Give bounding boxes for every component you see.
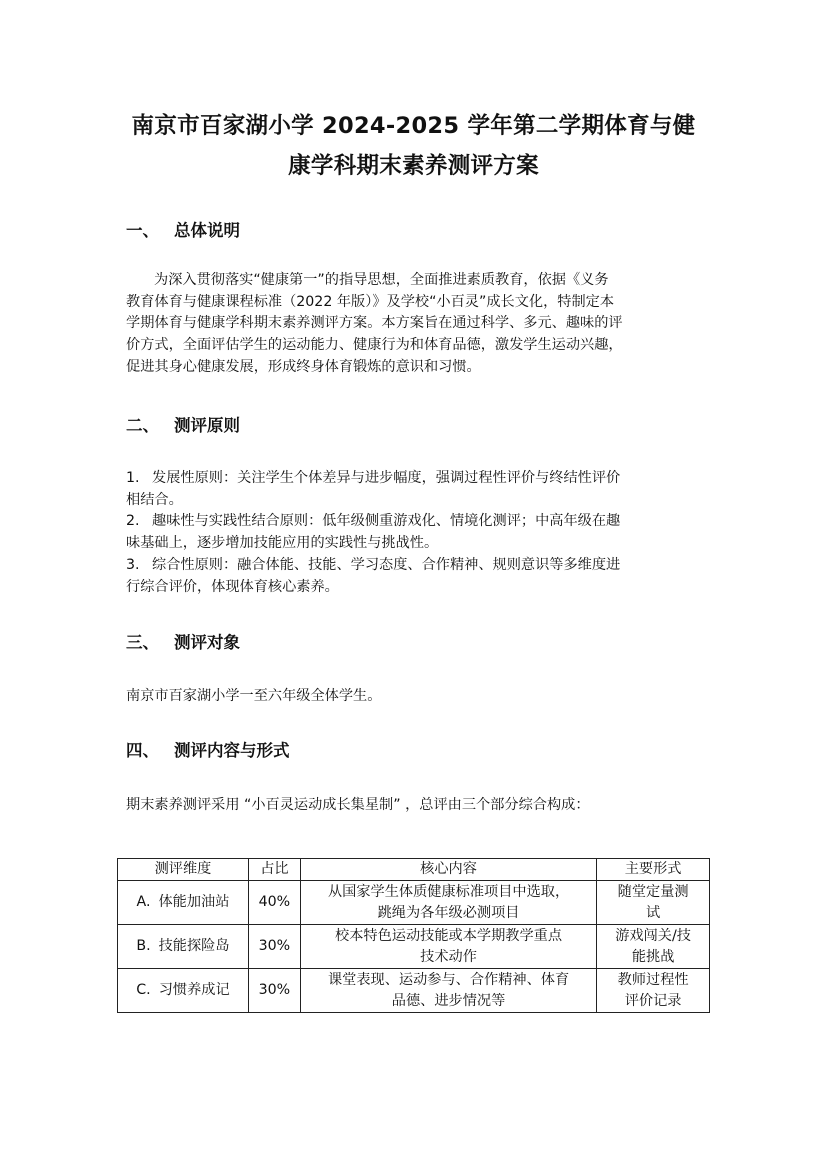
section-title: 总体说明 xyxy=(174,221,240,240)
paragraph-line: 价方式，全面评估学生的运动能力、健康行为和体育品德，激发学生运动兴趣， xyxy=(126,335,703,357)
targets-text: 南京市百家湖小学一至六年级全体学生。 xyxy=(126,686,703,708)
paragraph-line: 学期体育与健康学科期末素养测评方案。本方案旨在通过科学、多元、趣味的评 xyxy=(126,313,703,335)
cell-main-form: 教师过程性评价记录 xyxy=(597,969,710,1013)
dimension-name: 技能探险岛 xyxy=(159,938,230,954)
content-line: 从国家学生体质健康标准项目中选取， xyxy=(305,882,592,903)
form-line: 随堂定量测 xyxy=(601,882,705,903)
content-line: 技术动作 xyxy=(305,947,592,968)
item-number: 1. xyxy=(126,468,152,490)
paragraph-line: 促进其身心健康发展，形成终身体育锻炼的意识和习惯。 xyxy=(126,357,703,379)
cell-dimension: A.体能加油站 xyxy=(118,881,249,925)
paragraph-line: 教育体育与健康课程标准（2022 年版）》及学校“小百灵”成长文化，特制定本 xyxy=(126,292,703,314)
form-line: 教师过程性 xyxy=(601,970,705,991)
table-row: C.习惯养成记 30% 课堂表现、运动参与、合作精神、体育品德、进步情况等 教师… xyxy=(118,969,710,1013)
content-line: 校本特色运动技能或本学期教学重点 xyxy=(305,926,592,947)
header-dimension: 测评维度 xyxy=(118,859,249,881)
item-number: 2. xyxy=(126,511,152,533)
header-core-content: 核心内容 xyxy=(300,859,596,881)
dimension-letter: C. xyxy=(136,982,150,998)
dimension-letter: A. xyxy=(137,894,151,910)
content-form-intro: 期末素养测评采用 “小百灵运动成长集星制” ，总评由三个部分综合构成： xyxy=(126,795,703,817)
form-line: 试 xyxy=(601,903,705,924)
section-heading-principles: 二、测评原则 xyxy=(126,415,240,437)
section-number: 一、 xyxy=(126,220,174,242)
cell-core-content: 校本特色运动技能或本学期教学重点技术动作 xyxy=(300,925,596,969)
cell-ratio: 30% xyxy=(248,969,300,1013)
overview-paragraph: 为深入贯彻落实“健康第一”的指导思想，全面推进素质教育，依据《义务 教育体育与健… xyxy=(126,270,703,379)
item-text: 综合性原则：融合体能、技能、学习态度、合作精神、规则意识等多维度进 xyxy=(152,557,620,573)
section-title: 测评内容与形式 xyxy=(174,741,290,760)
section-number: 四、 xyxy=(126,740,174,762)
table-header-row: 测评维度 占比 核心内容 主要形式 xyxy=(118,859,710,881)
content-line: 品德、进步情况等 xyxy=(305,991,592,1012)
form-line: 评价记录 xyxy=(601,991,705,1012)
table-row: B.技能探险岛 30% 校本特色运动技能或本学期教学重点技术动作 游戏闯关/技能… xyxy=(118,925,710,969)
section-title: 测评对象 xyxy=(174,633,240,652)
item-text: 趣味性与实践性结合原则：低年级侧重游戏化、情境化测评；中高年级在趣 xyxy=(152,513,620,529)
dimension-name: 习惯养成记 xyxy=(159,982,230,998)
section-number: 三、 xyxy=(126,632,174,654)
item-number: 3. xyxy=(126,555,152,577)
cell-core-content: 从国家学生体质健康标准项目中选取，跳绳为各年级必测项目 xyxy=(300,881,596,925)
cell-ratio: 30% xyxy=(248,925,300,969)
document-title-line-1: 南京市百家湖小学 2024-2025 学年第二学期体育与健 xyxy=(100,104,727,148)
section-number: 二、 xyxy=(126,415,174,437)
principle-item-1: 1.发展性原则：关注学生个体差异与进步幅度，强调过程性评价与终结性评价 相结合。 xyxy=(126,468,703,511)
item-text: 发展性原则：关注学生个体差异与进步幅度，强调过程性评价与终结性评价 xyxy=(152,470,620,486)
principles-list: 1.发展性原则：关注学生个体差异与进步幅度，强调过程性评价与终结性评价 相结合。… xyxy=(126,468,703,598)
paragraph-line: 期末素养测评采用 “小百灵运动成长集星制” ，总评由三个部分综合构成： xyxy=(126,795,703,817)
form-line: 游戏闯关/技 xyxy=(601,926,705,947)
content-line: 跳绳为各年级必测项目 xyxy=(305,903,592,924)
form-line: 能挑战 xyxy=(601,947,705,968)
cell-ratio: 40% xyxy=(248,881,300,925)
content-line: 课堂表现、运动参与、合作精神、体育 xyxy=(305,970,592,991)
principle-item-3: 3.综合性原则：融合体能、技能、学习态度、合作精神、规则意识等多维度进 行综合评… xyxy=(126,555,703,598)
cell-core-content: 课堂表现、运动参与、合作精神、体育品德、进步情况等 xyxy=(300,969,596,1013)
cell-main-form: 随堂定量测试 xyxy=(597,881,710,925)
cell-main-form: 游戏闯关/技能挑战 xyxy=(597,925,710,969)
item-text-continued: 味基础上，逐步增加技能应用的实践性与挑战性。 xyxy=(126,533,703,555)
section-heading-content-form: 四、测评内容与形式 xyxy=(126,740,290,762)
item-text-continued: 相结合。 xyxy=(126,490,703,512)
dimension-name: 体能加油站 xyxy=(158,894,229,910)
document-page: 南京市百家湖小学 2024-2025 学年第二学期体育与健 康学科期末素养测评方… xyxy=(0,0,827,1170)
principle-item-2: 2.趣味性与实践性结合原则：低年级侧重游戏化、情境化测评；中高年级在趣 味基础上… xyxy=(126,511,703,554)
paragraph-line: 南京市百家湖小学一至六年级全体学生。 xyxy=(126,686,703,708)
header-main-form: 主要形式 xyxy=(597,859,710,881)
item-text-continued: 行综合评价，体现体育核心素养。 xyxy=(126,577,703,599)
section-heading-targets: 三、测评对象 xyxy=(126,632,240,654)
paragraph-line: 为深入贯彻落实“健康第一”的指导思想，全面推进素质教育，依据《义务 xyxy=(126,270,703,292)
dimension-letter: B. xyxy=(136,938,150,954)
assessment-table: 测评维度 占比 核心内容 主要形式 A.体能加油站 40% 从国家学生体质健康标… xyxy=(117,858,710,1013)
cell-dimension: C.习惯养成记 xyxy=(118,969,249,1013)
header-ratio: 占比 xyxy=(248,859,300,881)
document-title-line-2: 康学科期末素养测评方案 xyxy=(100,144,727,188)
section-heading-overview: 一、总体说明 xyxy=(126,220,240,242)
cell-dimension: B.技能探险岛 xyxy=(118,925,249,969)
table-row: A.体能加油站 40% 从国家学生体质健康标准项目中选取，跳绳为各年级必测项目 … xyxy=(118,881,710,925)
section-title: 测评原则 xyxy=(174,416,240,435)
